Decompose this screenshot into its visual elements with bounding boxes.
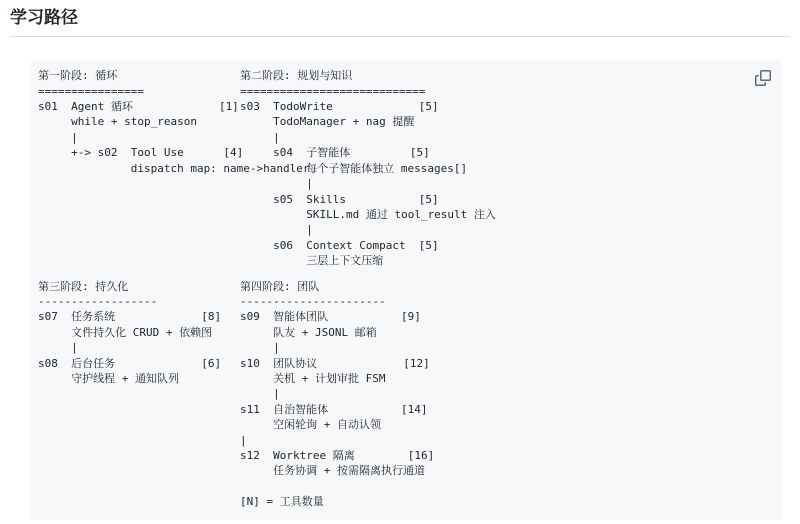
document: 学习路径 第一阶段: 循环 ================ s01 Agent… <box>0 0 800 520</box>
stage-4-team: 第四阶段: 团队 ---------------------- s09 智能体团… <box>240 279 773 510</box>
stage-2-planning-knowledge: 第二阶段: 规划与知识 ============================… <box>240 68 773 268</box>
copy-icon <box>755 70 771 86</box>
stage-3-persistence: 第三阶段: 持久化 ------------------ s07 任务系统 [8… <box>38 279 240 387</box>
copy-button[interactable] <box>751 66 775 90</box>
code-block: 第一阶段: 循环 ================ s01 Agent 循环 [… <box>30 60 783 519</box>
page-title: 学习路径 <box>10 8 790 37</box>
stage-grid: 第一阶段: 循环 ================ s01 Agent 循环 [… <box>38 68 773 509</box>
stage-1-loop: 第一阶段: 循环 ================ s01 Agent 循环 [… <box>38 68 240 176</box>
